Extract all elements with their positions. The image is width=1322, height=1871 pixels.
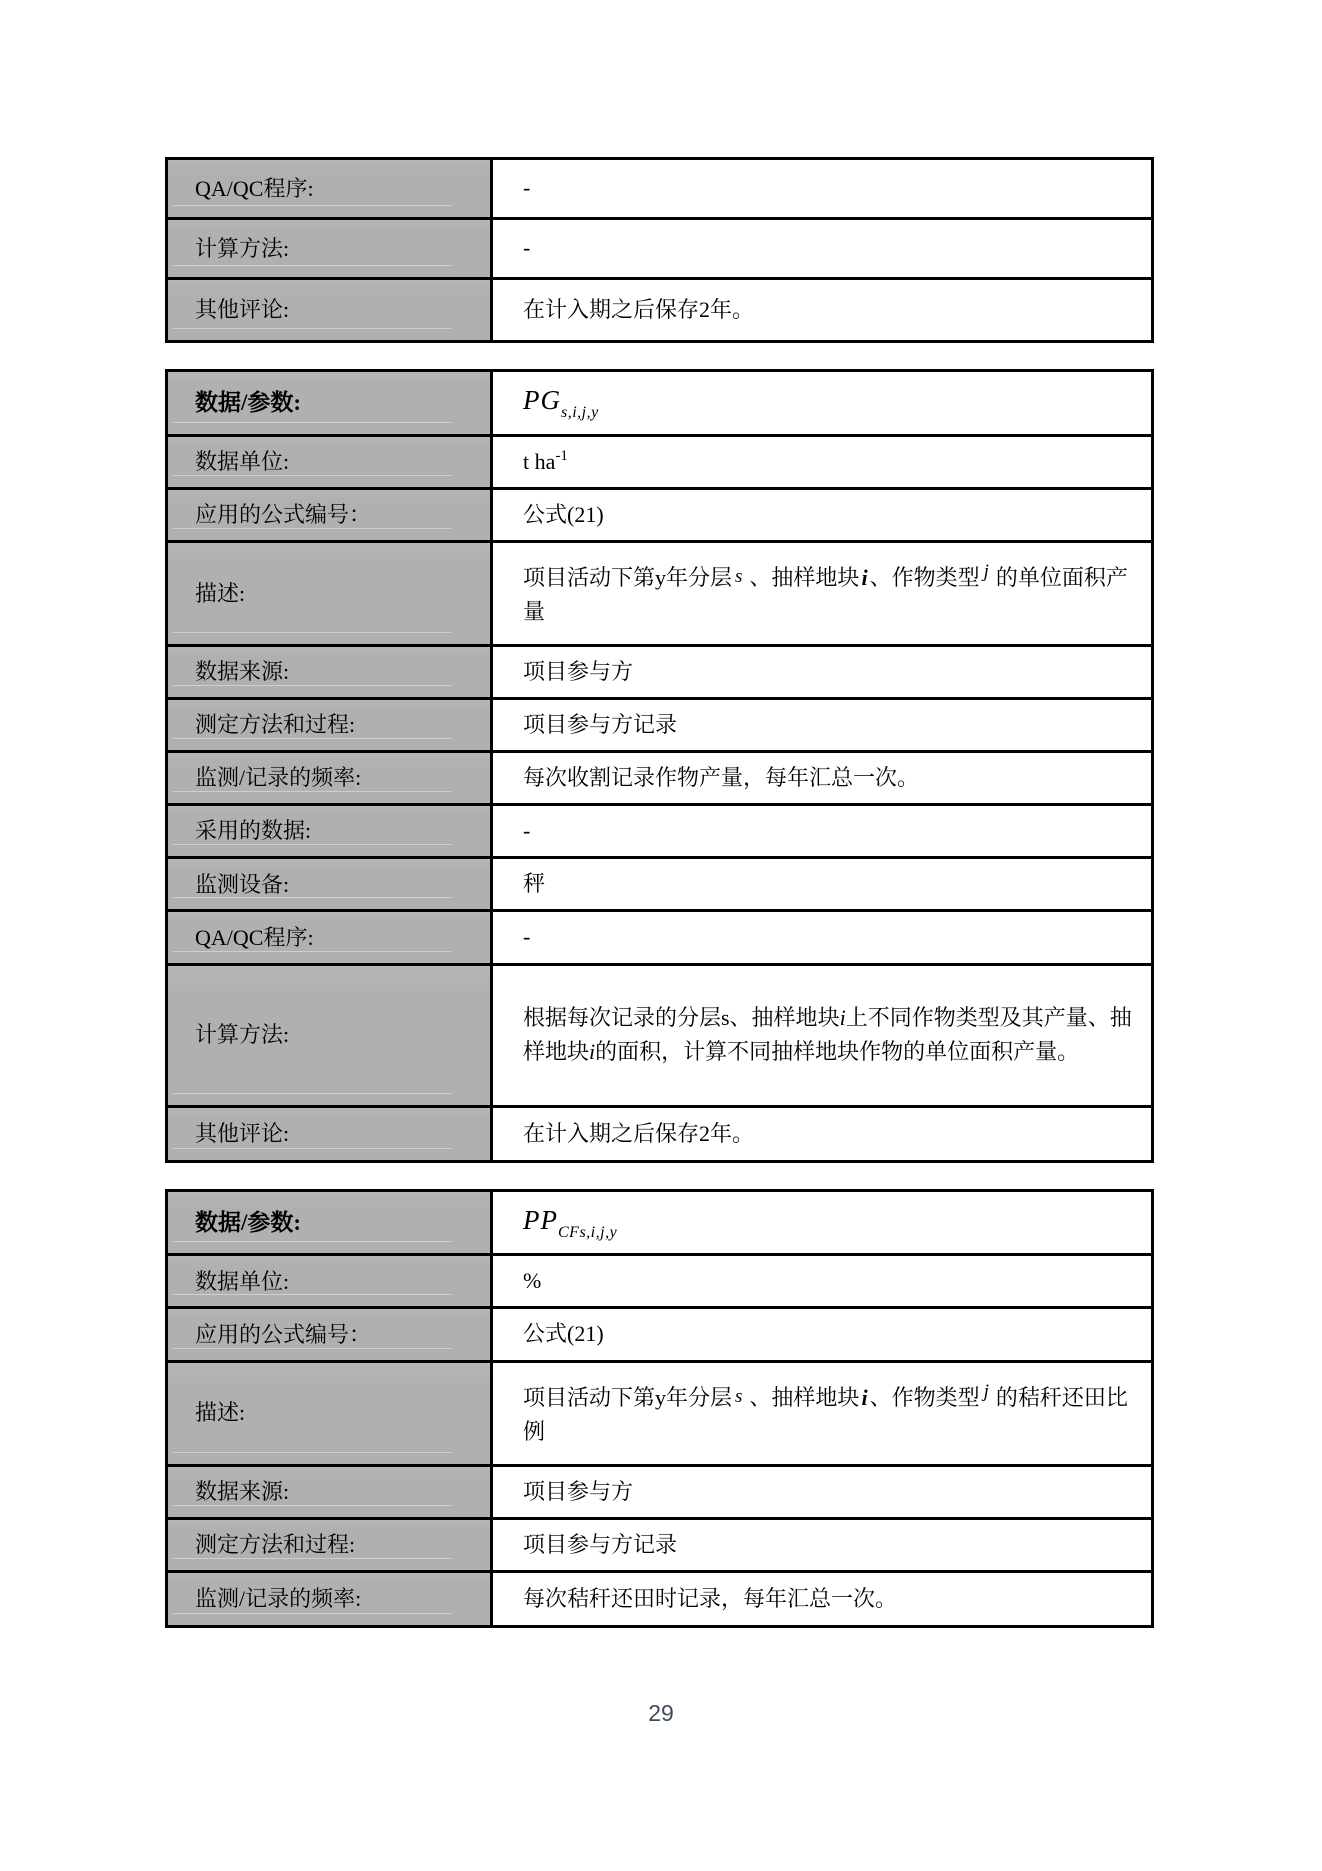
row-label-cell: 采用的数据: bbox=[168, 806, 493, 856]
row-label: 测定方法和过程: bbox=[195, 1530, 355, 1560]
row-label: QA/QC程序: bbox=[195, 923, 314, 953]
row-value-cell: 秤 bbox=[493, 859, 1151, 909]
row-label: 监测/记录的频率: bbox=[195, 1584, 361, 1614]
row-value-cell: - bbox=[493, 160, 1151, 217]
table-row: QA/QC程序: - bbox=[168, 912, 1151, 965]
table-header-row: 数据/参数: PGs,i,j,y bbox=[168, 372, 1151, 437]
parameter-name: PPCFs,i,j,y bbox=[523, 1200, 617, 1246]
row-label: 数据单位: bbox=[195, 1267, 289, 1297]
row-value-cell: 公式(21) bbox=[493, 490, 1151, 540]
table-row: 采用的数据: - bbox=[168, 806, 1151, 859]
row-value: 项目参与方 bbox=[523, 655, 633, 689]
row-value: 秤 bbox=[523, 867, 545, 901]
table-row: 计算方法: 根据每次记录的分层s、抽样地块i上不同作物类型及其产量、抽样地块i的… bbox=[168, 966, 1151, 1108]
document-page: QA/QC程序: - 计算方法: - 其他评论: 在计入期之后保存2年。 数据/… bbox=[0, 0, 1322, 1871]
parameter-table-continuation: QA/QC程序: - 计算方法: - 其他评论: 在计入期之后保存2年。 bbox=[165, 157, 1154, 343]
table-row: 描述: 项目活动下第y年分层s、抽样地块i、作物类型j的单位面积产量 bbox=[168, 543, 1151, 647]
row-label-cell: 计算方法: bbox=[168, 966, 493, 1105]
row-label: 数据/参数: bbox=[195, 1207, 301, 1238]
table-row: 其他评论: 在计入期之后保存2年。 bbox=[168, 280, 1151, 340]
row-label-cell: 测定方法和过程: bbox=[168, 700, 493, 750]
row-label-cell: 监测/记录的频率: bbox=[168, 1573, 493, 1625]
table-row: 应用的公式编号： 公式(21) bbox=[168, 1309, 1151, 1362]
row-label: 监测/记录的频率: bbox=[195, 763, 361, 793]
row-label-cell: 计算方法: bbox=[168, 220, 493, 277]
row-value: t ha-1 bbox=[523, 445, 568, 479]
row-value: 项目参与方 bbox=[523, 1475, 633, 1509]
row-value-cell: 在计入期之后保存2年。 bbox=[493, 1108, 1151, 1160]
row-value: - bbox=[523, 171, 530, 205]
row-label: 数据来源: bbox=[195, 1477, 289, 1507]
row-label: 应用的公式编号： bbox=[195, 1320, 371, 1350]
table-row: 监测/记录的频率: 每次收割记录作物产量，每年汇总一次。 bbox=[168, 753, 1151, 806]
row-label: 采用的数据: bbox=[195, 816, 311, 846]
page-number: 29 bbox=[0, 1700, 1322, 1727]
row-value-cell: 项目参与方 bbox=[493, 647, 1151, 697]
row-value-cell: 项目活动下第y年分层s、抽样地块i、作物类型j的单位面积产量 bbox=[493, 543, 1151, 644]
row-label-cell: 描述: bbox=[168, 543, 493, 644]
row-value-cell: 每次收割记录作物产量，每年汇总一次。 bbox=[493, 753, 1151, 803]
pg-parameter-table: 数据/参数: PGs,i,j,y 数据单位: t ha-1 应用的公式编号： 公… bbox=[165, 369, 1154, 1163]
row-value-cell: 项目参与方记录 bbox=[493, 700, 1151, 750]
row-value: 项目活动下第y年分层s、抽样地块i、作物类型j的单位面积产量 bbox=[523, 557, 1135, 629]
row-label: 描述: bbox=[195, 579, 245, 609]
parameter-name-cell: PGs,i,j,y bbox=[493, 372, 1151, 434]
row-value: 每次收割记录作物产量，每年汇总一次。 bbox=[523, 761, 919, 795]
row-label-cell: 监测/记录的频率: bbox=[168, 753, 493, 803]
row-label: 其他评论: bbox=[195, 295, 289, 325]
row-label: 测定方法和过程: bbox=[195, 710, 355, 740]
tables-area: QA/QC程序: - 计算方法: - 其他评论: 在计入期之后保存2年。 数据/… bbox=[165, 157, 1154, 1654]
table-row: QA/QC程序: - bbox=[168, 160, 1151, 220]
row-label-cell: 其他评论: bbox=[168, 1108, 493, 1160]
ppcf-parameter-table: 数据/参数: PPCFs,i,j,y 数据单位: % 应用的公式编号： 公式(2… bbox=[165, 1189, 1154, 1628]
row-label-cell: QA/QC程序: bbox=[168, 160, 493, 217]
row-value: - bbox=[523, 814, 530, 848]
row-label: 其他评论: bbox=[195, 1119, 289, 1149]
table-row: 数据单位: t ha-1 bbox=[168, 437, 1151, 490]
row-value-cell: 项目参与方 bbox=[493, 1467, 1151, 1517]
row-label-cell: 应用的公式编号： bbox=[168, 490, 493, 540]
row-value: 公式(21) bbox=[523, 498, 604, 532]
table-row: 应用的公式编号： 公式(21) bbox=[168, 490, 1151, 543]
row-label-cell: 数据/参数: bbox=[168, 1192, 493, 1254]
row-label-cell: 数据/参数: bbox=[168, 372, 493, 434]
row-label: 数据/参数: bbox=[195, 387, 301, 418]
row-value-cell: 项目参与方记录 bbox=[493, 1520, 1151, 1570]
row-value: - bbox=[523, 920, 530, 954]
row-value: - bbox=[523, 231, 530, 265]
row-label-cell: QA/QC程序: bbox=[168, 912, 493, 962]
row-value-cell: - bbox=[493, 912, 1151, 962]
row-value-cell: t ha-1 bbox=[493, 437, 1151, 487]
row-label-cell: 其他评论: bbox=[168, 280, 493, 340]
row-label: 数据单位: bbox=[195, 447, 289, 477]
row-label-cell: 描述: bbox=[168, 1363, 493, 1464]
row-value-cell: - bbox=[493, 806, 1151, 856]
row-label-cell: 测定方法和过程: bbox=[168, 1520, 493, 1570]
row-label: 描述: bbox=[195, 1398, 245, 1428]
table-row: 测定方法和过程: 项目参与方记录 bbox=[168, 700, 1151, 753]
table-row: 测定方法和过程: 项目参与方记录 bbox=[168, 1520, 1151, 1573]
row-label-cell: 监测设备: bbox=[168, 859, 493, 909]
row-label-cell: 数据单位: bbox=[168, 1256, 493, 1306]
table-header-row: 数据/参数: PPCFs,i,j,y bbox=[168, 1192, 1151, 1257]
row-value-cell: 公式(21) bbox=[493, 1309, 1151, 1359]
row-value: 项目参与方记录 bbox=[523, 1528, 677, 1562]
table-row: 数据单位: % bbox=[168, 1256, 1151, 1309]
table-row: 监测/记录的频率: 每次秸秆还田时记录，每年汇总一次。 bbox=[168, 1573, 1151, 1625]
parameter-name-cell: PPCFs,i,j,y bbox=[493, 1192, 1151, 1254]
row-value-cell: 在计入期之后保存2年。 bbox=[493, 280, 1151, 340]
row-value: % bbox=[523, 1264, 541, 1298]
row-label-cell: 数据来源: bbox=[168, 1467, 493, 1517]
row-label: QA/QC程序: bbox=[195, 174, 314, 204]
row-label-cell: 数据单位: bbox=[168, 437, 493, 487]
table-row: 监测设备: 秤 bbox=[168, 859, 1151, 912]
row-label: 应用的公式编号： bbox=[195, 500, 371, 530]
row-value: 公式(21) bbox=[523, 1317, 604, 1351]
row-label-cell: 数据来源: bbox=[168, 647, 493, 697]
row-value: 在计入期之后保存2年。 bbox=[523, 1117, 754, 1151]
row-value: 项目参与方记录 bbox=[523, 708, 677, 742]
table-row: 数据来源: 项目参与方 bbox=[168, 647, 1151, 700]
row-value: 每次秸秆还田时记录，每年汇总一次。 bbox=[523, 1582, 897, 1616]
table-row: 数据来源: 项目参与方 bbox=[168, 1467, 1151, 1520]
row-label: 数据来源: bbox=[195, 657, 289, 687]
row-label: 计算方法: bbox=[195, 234, 289, 264]
table-row: 其他评论: 在计入期之后保存2年。 bbox=[168, 1108, 1151, 1160]
row-label: 监测设备: bbox=[195, 870, 289, 900]
row-value-cell: 项目活动下第y年分层s、抽样地块i、作物类型j的秸秆还田比例 bbox=[493, 1363, 1151, 1464]
row-value: 在计入期之后保存2年。 bbox=[523, 293, 754, 327]
row-label-cell: 应用的公式编号： bbox=[168, 1309, 493, 1359]
row-value-cell: - bbox=[493, 220, 1151, 277]
row-value-cell: 每次秸秆还田时记录，每年汇总一次。 bbox=[493, 1573, 1151, 1625]
row-value: 项目活动下第y年分层s、抽样地块i、作物类型j的秸秆还田比例 bbox=[523, 1377, 1135, 1449]
row-value-cell: % bbox=[493, 1256, 1151, 1306]
table-row: 计算方法: - bbox=[168, 220, 1151, 280]
table-row: 描述: 项目活动下第y年分层s、抽样地块i、作物类型j的秸秆还田比例 bbox=[168, 1363, 1151, 1467]
row-value: 根据每次记录的分层s、抽样地块i上不同作物类型及其产量、抽样地块i的面积，计算不… bbox=[523, 1001, 1135, 1069]
row-label: 计算方法: bbox=[195, 1020, 289, 1050]
parameter-name: PGs,i,j,y bbox=[523, 380, 599, 426]
row-value-cell: 根据每次记录的分层s、抽样地块i上不同作物类型及其产量、抽样地块i的面积，计算不… bbox=[493, 966, 1151, 1105]
